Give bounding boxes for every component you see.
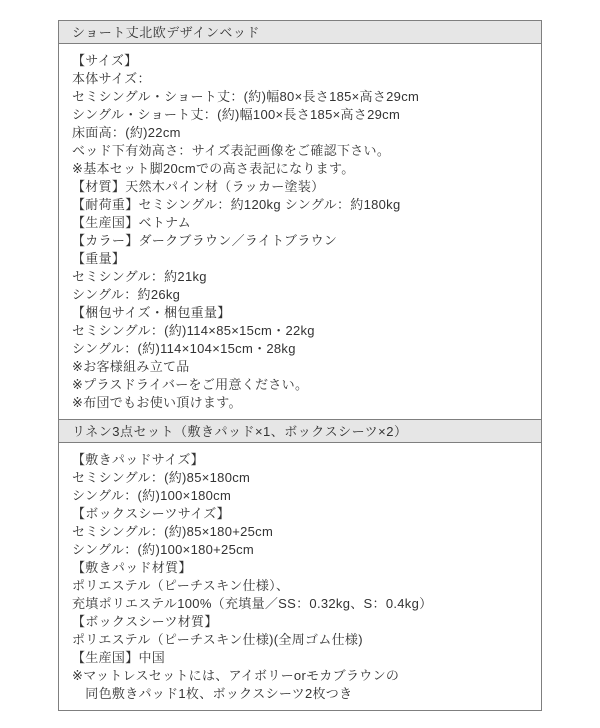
spec-line: 【耐荷重】セミシングル：約120kg シングル：約180kg xyxy=(72,196,529,214)
spec-line: 同色敷きパッド1枚、ボックスシーツ2枚つき xyxy=(72,685,529,703)
spec-line: 【敷きパッド材質】 xyxy=(72,559,529,577)
section-title-bed: ショート丈北欧デザインベッド xyxy=(72,25,260,40)
spec-line: ※マットレスセットには、アイボリーorモカブラウンの xyxy=(72,667,529,685)
spec-line: シングル：(約)114×104×15cm・28kg xyxy=(72,340,529,358)
spec-line: ベッド下有効高さ：サイズ表記画像をご確認下さい。 xyxy=(72,142,529,160)
spec-line: シングル：約26kg xyxy=(72,286,529,304)
product-spec-table: ショート丈北欧デザインベッド 【サイズ】 本体サイズ： セミシングル・ショート丈… xyxy=(58,20,542,711)
spec-line: ポリエステル（ピーチスキン仕様)(全周ゴム仕様) xyxy=(72,631,529,649)
section-title-linen: リネン3点セット（敷きパッド×1、ボックスシーツ×2） xyxy=(72,424,407,439)
spec-line: セミシングル・ショート丈：(約)幅80×長さ185×高さ29cm xyxy=(72,88,529,106)
spec-line: 【重量】 xyxy=(72,250,529,268)
spec-line: セミシングル：(約)85×180cm xyxy=(72,469,529,487)
spec-line: セミシングル：約21kg xyxy=(72,268,529,286)
spec-line: ※プラスドライバーをご用意ください。 xyxy=(72,376,529,394)
spec-line: セミシングル：(約)85×180+25cm xyxy=(72,523,529,541)
spec-line: シングル：(約)100×180+25cm xyxy=(72,541,529,559)
section-body-bed: 【サイズ】 本体サイズ： セミシングル・ショート丈：(約)幅80×長さ185×高… xyxy=(58,43,542,420)
spec-line: 【生産国】ベトナム xyxy=(72,214,529,232)
spec-line: セミシングル：(約)114×85×15cm・22kg xyxy=(72,322,529,340)
spec-line: 【生産国】中国 xyxy=(72,649,529,667)
spec-line: 【サイズ】 xyxy=(72,52,529,70)
spec-line: 【ボックスシーツ材質】 xyxy=(72,613,529,631)
spec-line: 【敷きパッドサイズ】 xyxy=(72,451,529,469)
section-header-bed: ショート丈北欧デザインベッド xyxy=(58,20,542,44)
section-header-linen: リネン3点セット（敷きパッド×1、ボックスシーツ×2） xyxy=(58,419,542,443)
spec-line: ※基本セット脚20cmでの高さ表記になります。 xyxy=(72,160,529,178)
spec-line: 充填ポリエステル100%（充填量／SS：0.32kg、S：0.4kg） xyxy=(72,595,529,613)
spec-line: 本体サイズ： xyxy=(72,70,529,88)
spec-line: ※お客様組み立て品 xyxy=(72,358,529,376)
spec-line: シングル：(約)100×180cm xyxy=(72,487,529,505)
section-body-linen: 【敷きパッドサイズ】 セミシングル：(約)85×180cm シングル：(約)10… xyxy=(58,442,542,711)
spec-line: 【カラー】ダークブラウン／ライトブラウン xyxy=(72,232,529,250)
spec-line: 床面高：(約)22cm xyxy=(72,124,529,142)
spec-line: 【ボックスシーツサイズ】 xyxy=(72,505,529,523)
spec-line: 【材質】天然木パイン材（ラッカー塗装） xyxy=(72,178,529,196)
spec-line: 【梱包サイズ・梱包重量】 xyxy=(72,304,529,322)
spec-line: ポリエステル（ピーチスキン仕様）、 xyxy=(72,577,529,595)
spec-line: シングル・ショート丈：(約)幅100×長さ185×高さ29cm xyxy=(72,106,529,124)
spec-line: ※布団でもお使い頂けます。 xyxy=(72,394,529,412)
